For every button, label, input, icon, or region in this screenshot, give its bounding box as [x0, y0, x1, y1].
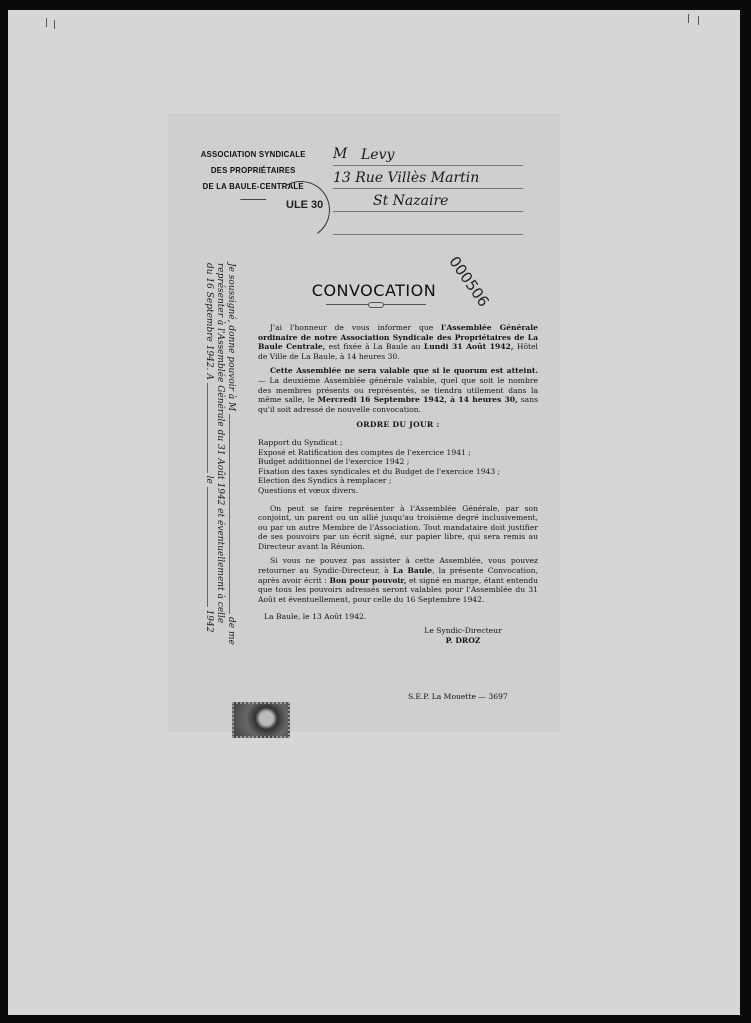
- recipient-street-line: 13 Rue Villès Martin: [333, 166, 523, 189]
- agenda-item: Budget additionnel de l'exercice 1942 ;: [258, 457, 538, 467]
- proxy-line-3: du 16 Septembre 1942. A le 1942: [203, 263, 214, 683]
- recipient-street: 13 Rue Villès Martin: [333, 168, 479, 188]
- agenda-item: Rapport du Syndicat ;: [258, 438, 538, 448]
- printer-imprint: S.E.P. La Mouette — 3697: [408, 692, 508, 701]
- recipient-address: M Levy 13 Rue Villès Martin St Nazaire: [333, 143, 523, 235]
- agenda-item: Exposé et Ratification des comptes de l'…: [258, 448, 538, 458]
- proxy-line-2: représenter à l'Assemblée Générale du 31…: [214, 263, 225, 683]
- paragraph-representation: On peut se faire représenter à l'Assembl…: [258, 504, 538, 552]
- margin-mark: [46, 18, 47, 27]
- date-line: La Baule, le 13 Août 1942.: [264, 612, 538, 622]
- recipient-city-line: St Nazaire: [333, 189, 523, 212]
- agenda-title: ORDRE DU JOUR :: [258, 420, 538, 430]
- recipient-name: Levy: [361, 145, 394, 165]
- margin-mark: [698, 16, 699, 25]
- recipient-blank-line: [333, 212, 523, 235]
- signer-title: Le Syndic-Directeur: [408, 626, 518, 636]
- signature-block: Le Syndic-Directeur P. DROZ: [408, 626, 518, 645]
- agenda-item: Election des Syndics à remplacer ;: [258, 476, 538, 486]
- agenda-item: Questions et vœux divers.: [258, 486, 538, 496]
- recipient-city: St Nazaire: [373, 191, 448, 211]
- convocation-sheet: ASSOCIATION SYNDICALE DES PROPRIÉTAIRES …: [168, 113, 560, 732]
- margin-mark: [54, 20, 55, 29]
- recipient-name-line: M Levy: [333, 143, 523, 166]
- agenda-list: Rapport du Syndicat ; Exposé et Ratifica…: [258, 438, 538, 496]
- postage-stamp-icon: [232, 702, 290, 738]
- postmark-text: ULE 30: [286, 199, 323, 211]
- margin-mark: [688, 14, 689, 23]
- association-line: DES PROPRIÉTAIRES: [198, 162, 308, 178]
- association-line: ASSOCIATION SYNDICALE: [198, 146, 308, 162]
- agenda-item: Fixation des taxes syndicales et du Budg…: [258, 467, 538, 477]
- signer-name: P. DROZ: [408, 636, 518, 646]
- paragraph-announcement: J'ai l'honneur de vous informer que l'As…: [258, 323, 538, 361]
- proxy-margin-form: Je soussigné, donne pouvoir à M de me re…: [188, 263, 236, 683]
- proxy-line-1: Je soussigné, donne pouvoir à M de me: [225, 263, 236, 683]
- paragraph-proxy: Si vous ne pouvez pas assister à cette A…: [258, 556, 538, 604]
- divider: [240, 199, 266, 200]
- recipient-prefix: M: [333, 144, 347, 164]
- document-body: J'ai l'honneur de vous informer que l'As…: [258, 323, 538, 645]
- title-ornament: [326, 304, 426, 305]
- paragraph-quorum: Cette Assemblée ne sera valable que si l…: [258, 366, 538, 414]
